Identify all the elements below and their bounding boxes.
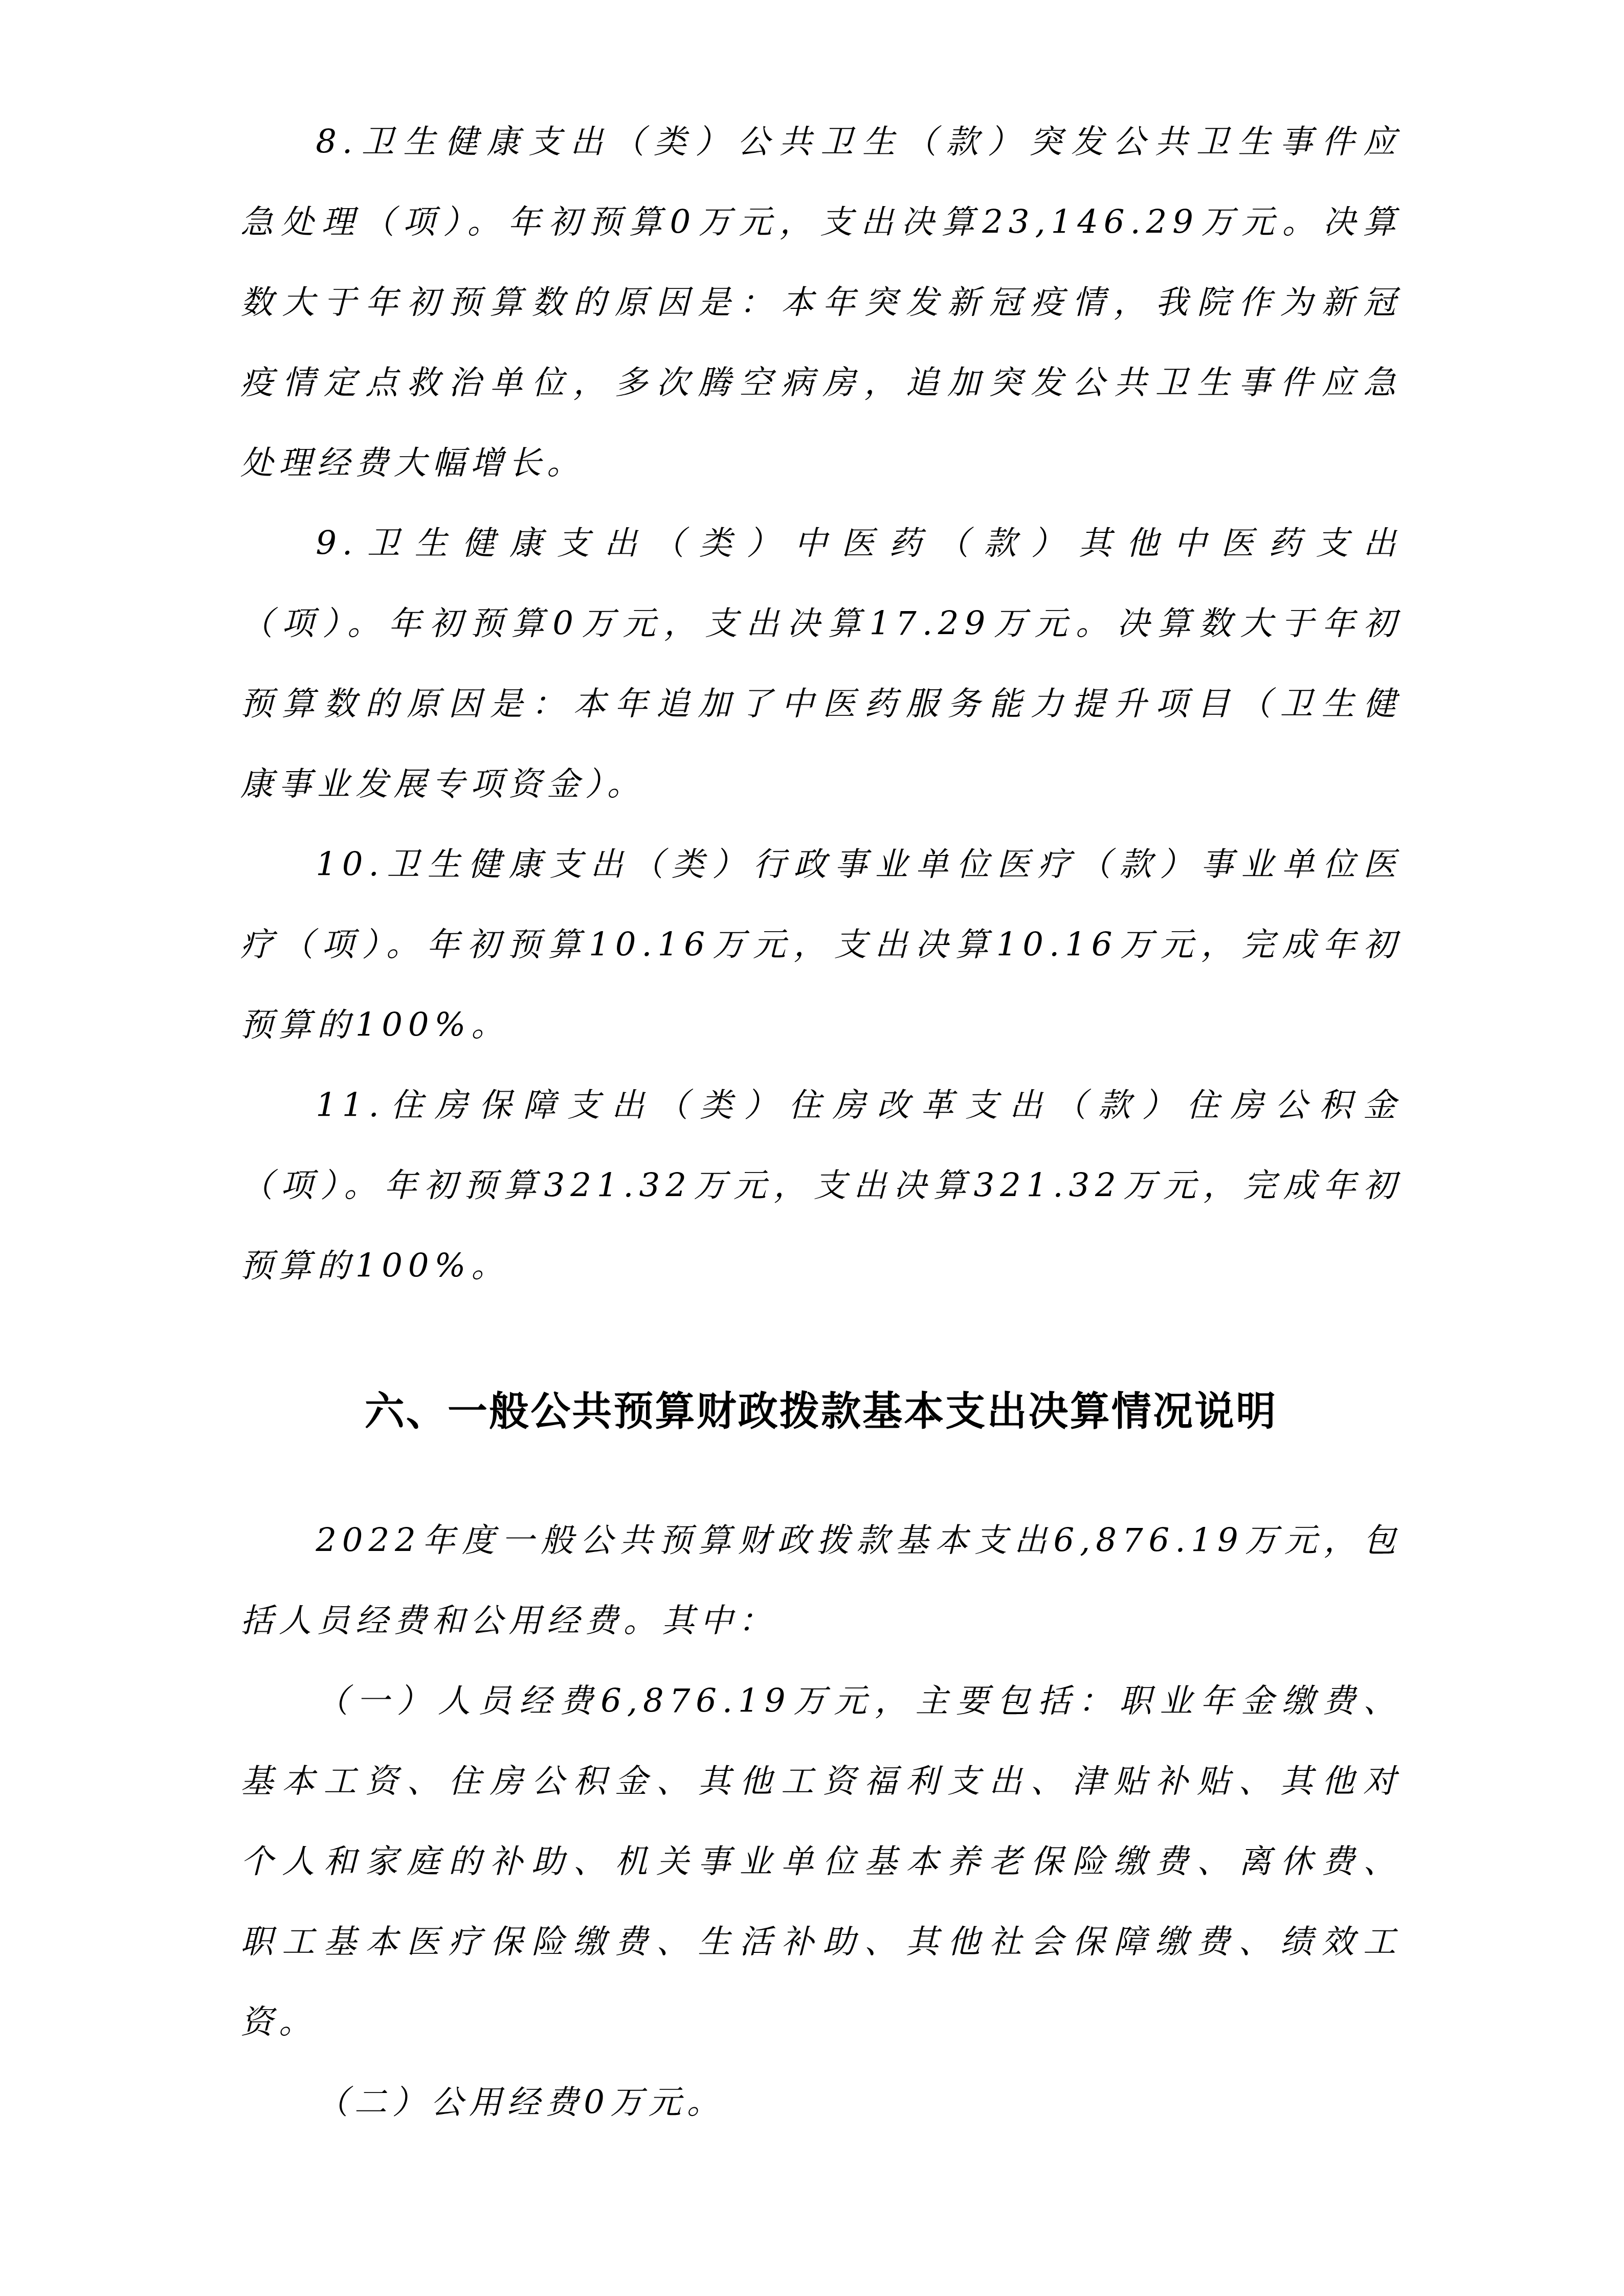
paragraph-basic-expense-summary: 2022年度一般公共预算财政拨款基本支出6,876.19万元，包 括人员经费和公… (240, 1501, 1401, 1661)
text-line: （项）。年初预算321.32万元，支出决算321.32万元，完成年初 (240, 1146, 1401, 1226)
text-line: 8.卫生健康支出（类）公共卫生（款）突发公共卫生事件应 (240, 102, 1401, 183)
text-line: 数大于年初预算数的原因是：本年突发新冠疫情，我院作为新冠 (240, 263, 1401, 343)
document-page: 8.卫生健康支出（类）公共卫生（款）突发公共卫生事件应 急处理（项）。年初预算0… (0, 0, 1624, 2296)
text-line: 疫情定点救治单位，多次腾空病房，追加突发公共卫生事件应急 (240, 343, 1401, 423)
text-line: 预算数的原因是：本年追加了中医药服务能力提升项目（卫生健 (240, 664, 1401, 745)
text-line: 预算的100%。 (240, 985, 1401, 1066)
text-line: 康事业发展专项资金）。 (240, 745, 1401, 825)
text-line: 处理经费大幅增长。 (240, 423, 1401, 504)
paragraph-item-10: 10.卫生健康支出（类）行政事业单位医疗（款）事业单位医 疗（项）。年初预算10… (240, 825, 1401, 1066)
text-line: 预算的100%。 (240, 1226, 1401, 1307)
text-line: 个人和家庭的补助、机关事业单位基本养老保险缴费、离休费、 (240, 1822, 1401, 1902)
text-line: 括人员经费和公用经费。其中： (240, 1581, 1401, 1661)
text-line: 基本工资、住房公积金、其他工资福利支出、津贴补贴、其他对 (240, 1742, 1401, 1822)
text-line: 资。 (240, 1983, 1401, 2063)
paragraph-item-11: 11.住房保障支出（类）住房改革支出（款）住房公积金 （项）。年初预算321.3… (240, 1066, 1401, 1307)
paragraph-public-expense: （二）公用经费0万元。 (240, 2063, 1401, 2143)
text-line: 9.卫生健康支出（类）中医药（款）其他中医药支出 (240, 504, 1401, 584)
paragraph-item-9: 9.卫生健康支出（类）中医药（款）其他中医药支出 （项）。年初预算0万元，支出决… (240, 504, 1401, 825)
text-line: 疗（项）。年初预算10.16万元，支出决算10.16万元，完成年初 (240, 905, 1401, 985)
text-line: （一）人员经费6,876.19万元，主要包括：职业年金缴费、 (240, 1661, 1401, 1742)
paragraph-item-8: 8.卫生健康支出（类）公共卫生（款）突发公共卫生事件应 急处理（项）。年初预算0… (240, 102, 1401, 504)
text-line: 职工基本医疗保险缴费、生活补助、其他社会保障缴费、绩效工 (240, 1902, 1401, 1983)
text-line: 急处理（项）。年初预算0万元，支出决算23,146.29万元。决算 (240, 183, 1401, 263)
text-line: 10.卫生健康支出（类）行政事业单位医疗（款）事业单位医 (240, 825, 1401, 905)
text-line: 2022年度一般公共预算财政拨款基本支出6,876.19万元，包 (240, 1501, 1401, 1581)
section-heading: 六、一般公共预算财政拨款基本支出决算情况说明 (240, 1383, 1401, 1439)
text-line: （二）公用经费0万元。 (240, 2063, 1401, 2143)
paragraph-personnel-expense: （一）人员经费6,876.19万元，主要包括：职业年金缴费、 基本工资、住房公积… (240, 1661, 1401, 2063)
text-line: （项）。年初预算0万元，支出决算17.29万元。决算数大于年初 (240, 584, 1401, 664)
text-line: 11.住房保障支出（类）住房改革支出（款）住房公积金 (240, 1066, 1401, 1146)
